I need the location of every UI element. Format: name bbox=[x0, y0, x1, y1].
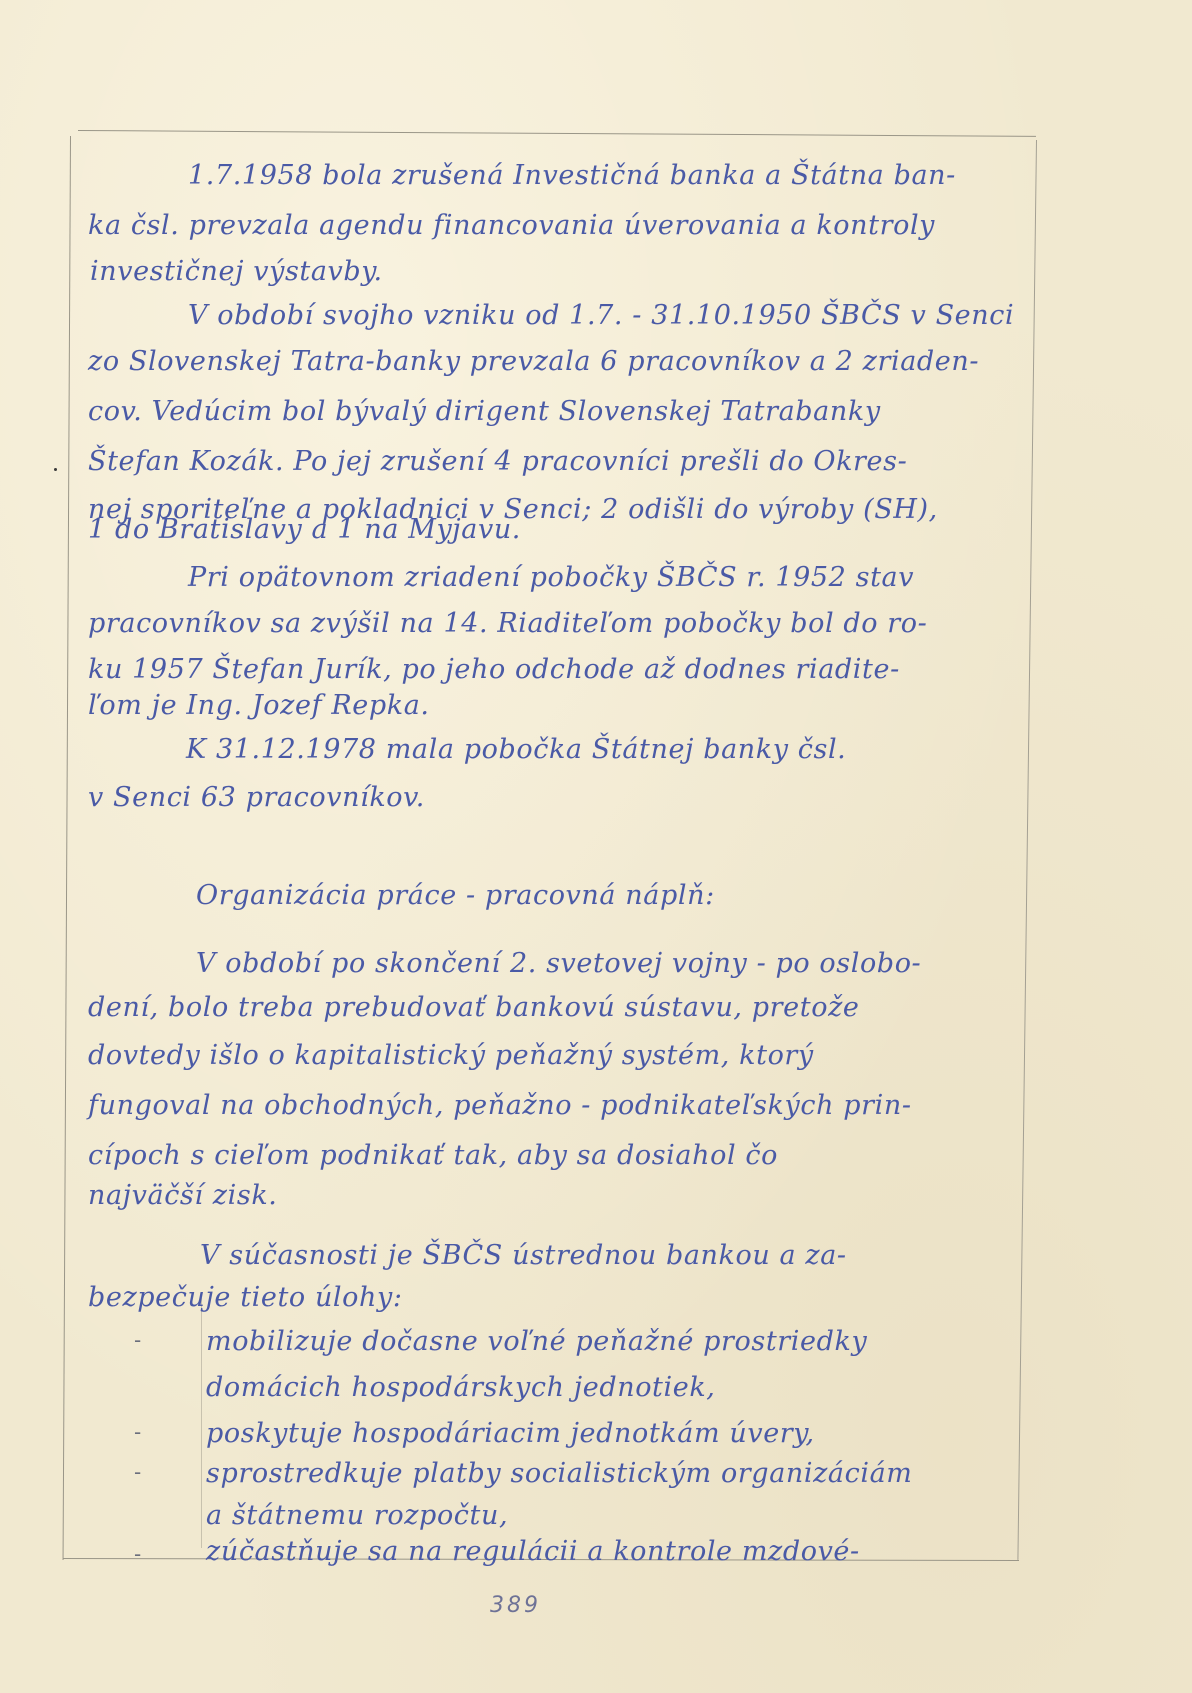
text-line: Pri opätovnom zriadení pobočky ŠBČS r. 1… bbox=[188, 562, 914, 593]
frame-border-right bbox=[1017, 140, 1037, 1560]
text-line: pracovníkov sa zvýšil na 14. Riaditeľom … bbox=[88, 608, 927, 639]
text-line: ka čsl. prevzala agendu financovania úve… bbox=[88, 210, 935, 241]
text-line: V období po skončení 2. svetovej vojny -… bbox=[196, 948, 921, 979]
document-page: 1.7.1958 bola zrušená Investičná banka a… bbox=[0, 0, 1192, 1693]
text-line: 1.7.1958 bola zrušená Investičná banka a… bbox=[188, 160, 956, 191]
text-line: najväčší zisk. bbox=[88, 1180, 277, 1211]
list-margin-line bbox=[201, 1298, 202, 1548]
page-number: 389 bbox=[490, 1593, 541, 1618]
text-line: v Senci 63 pracovníkov. bbox=[88, 782, 425, 813]
frame-border-top bbox=[78, 130, 1036, 137]
text-line: investičnej výstavby. bbox=[90, 256, 383, 287]
list-item-text: mobilizuje dočasne voľné peňažné prostri… bbox=[206, 1326, 867, 1357]
text-line: zo Slovenskej Tatra-banky prevzala 6 pra… bbox=[88, 346, 979, 377]
text-line: K 31.12.1978 mala pobočka Štátnej banky … bbox=[186, 734, 846, 765]
text-line: ku 1957 Štefan Jurík, po jeho odchode až… bbox=[88, 654, 900, 685]
ink-speck bbox=[54, 468, 57, 471]
text-line: dovtedy išlo o kapitalistický peňažný sy… bbox=[88, 1040, 814, 1071]
list-item-text: domácich hospodárskych jednotiek, bbox=[206, 1372, 715, 1403]
frame-border-left bbox=[63, 136, 71, 1560]
list-bullet-dash: - bbox=[134, 1328, 141, 1352]
list-bullet-dash: - bbox=[134, 1542, 141, 1566]
list-item-text: a štátnemu rozpočtu, bbox=[206, 1500, 508, 1531]
text-line: dení, bolo treba prebudovať bankovú súst… bbox=[88, 992, 859, 1023]
text-line: Organizácia práce - pracovná náplň: bbox=[196, 880, 715, 911]
text-line: ľom je Ing. Jozef Repka. bbox=[88, 690, 430, 721]
list-bullet-dash: - bbox=[134, 1420, 141, 1444]
text-line: Štefan Kozák. Po jej zrušení 4 pracovníc… bbox=[88, 446, 907, 477]
text-line: bezpečuje tieto úlohy: bbox=[88, 1282, 403, 1313]
text-line: cov. Vedúcim bol bývalý dirigent Slovens… bbox=[88, 396, 881, 427]
list-bullet-dash: - bbox=[134, 1460, 141, 1484]
text-line: 1 do Bratislavy a 1 na Myjavu. bbox=[88, 514, 521, 545]
text-line: V období svojho vzniku od 1.7. - 31.10.1… bbox=[188, 300, 1014, 331]
text-line: cípoch s cieľom podnikať tak, aby sa dos… bbox=[88, 1140, 778, 1171]
text-line: fungoval na obchodných, peňažno - podnik… bbox=[88, 1090, 912, 1121]
list-item-text: zúčastňuje sa na regulácii a kontrole mz… bbox=[206, 1536, 860, 1567]
list-item-text: poskytuje hospodáriacim jednotkám úvery, bbox=[206, 1418, 815, 1449]
list-item-text: sprostredkuje platby socialistickým orga… bbox=[206, 1458, 913, 1489]
text-line: V súčasnosti je ŠBČS ústrednou bankou a … bbox=[200, 1240, 847, 1271]
